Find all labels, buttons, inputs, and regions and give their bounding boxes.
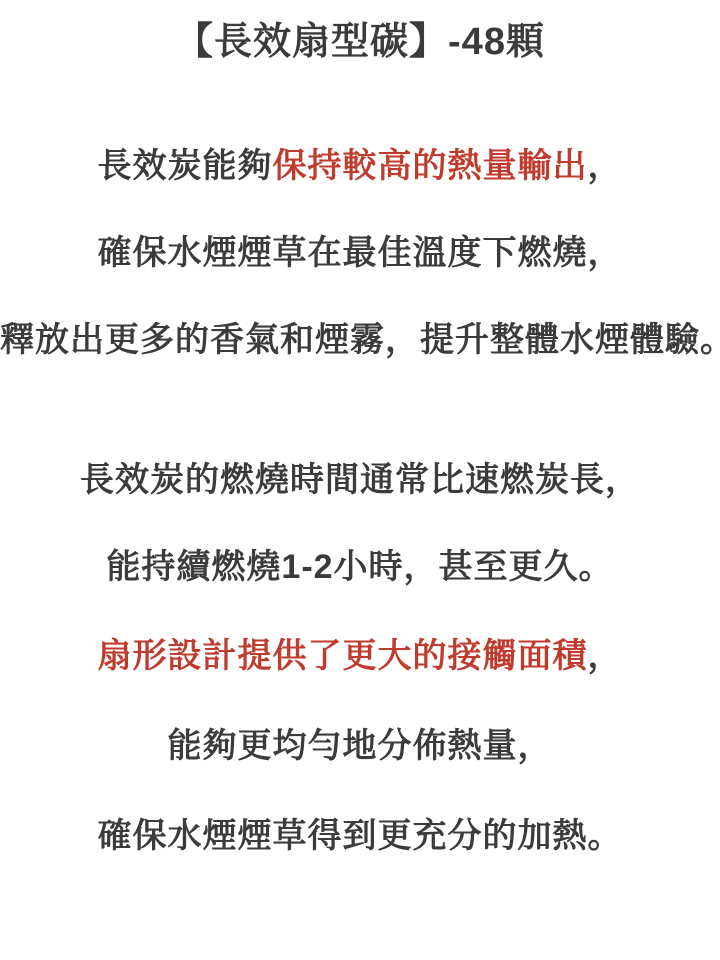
text-segment: 能夠更均勻地分佈熱量， [168, 727, 553, 765]
text-line-2: 確保水煙煙草在最佳溫度下燃燒， [0, 233, 720, 273]
text-segment: ， [588, 147, 623, 185]
text-line-5: 能持續燃燒1-2小時，甚至更久。 [0, 547, 720, 587]
text-line-8: 確保水煙煙草得到更充分的加熱。 [0, 816, 720, 856]
highlight-text: 扇形設計提供了更大的接觸面積 [98, 637, 588, 675]
text-line-1: 長效炭能夠保持較高的熱量輸出， [0, 146, 720, 186]
text-segment: 確保水煙煙草得到更充分的加熱。 [98, 817, 623, 855]
text-segment: 確保水煙煙草在最佳溫度下燃燒， [98, 234, 623, 272]
text-line-7: 能夠更均勻地分佈熱量， [0, 726, 720, 766]
page-title: 【長效扇型碳】-48顆 [0, 20, 720, 64]
product-description-page: 【長效扇型碳】-48顆 長效炭能夠保持較高的熱量輸出， 確保水煙煙草在最佳溫度下… [0, 0, 720, 960]
text-line-3: 釋放出更多的香氣和煙霧，提升整體水煙體驗。 [0, 320, 720, 360]
text-segment: 長效炭的燃燒時間通常比速燃炭長， [80, 461, 640, 499]
text-segment: 能持續燃燒1-2小時，甚至更久。 [106, 548, 613, 586]
text-segment: 釋放出更多的香氣和煙霧，提升整體水煙體驗。 [0, 321, 720, 359]
highlight-text: 保持較高的熱量輸出 [273, 147, 588, 185]
text-line-6: 扇形設計提供了更大的接觸面積， [0, 636, 720, 676]
text-line-4: 長效炭的燃燒時間通常比速燃炭長， [0, 460, 720, 500]
text-segment: 長效炭能夠 [98, 147, 273, 185]
text-segment: ， [588, 637, 623, 675]
